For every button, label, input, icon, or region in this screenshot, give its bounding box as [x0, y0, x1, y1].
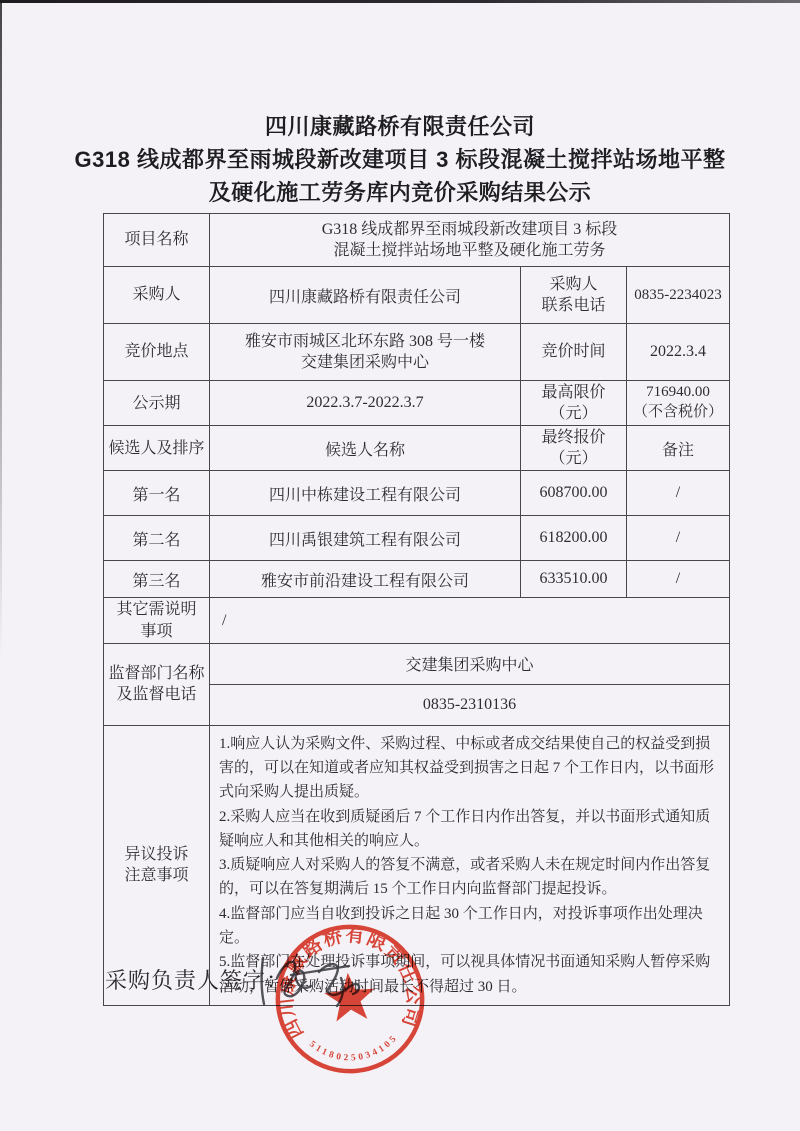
cell-value-other-notes: /	[210, 598, 730, 643]
cell-value-publicity-period: 2022.3.7-2022.3.7	[210, 381, 521, 426]
cell-value-bidding-time: 2022.3.4	[627, 324, 730, 381]
cell-value-supervision-department: 交建集团采购中心	[210, 643, 730, 684]
cell-label-purchaser-phone: 采购人 联系电话	[521, 267, 627, 324]
cell-label-max-price: 最高限价 （元）	[521, 381, 627, 426]
cell-price-3: 633510.00	[521, 561, 627, 598]
cell-value-bidding-place: 雅安市雨城区北环东路 308 号一楼 交建集团采购中心	[210, 324, 521, 381]
cell-header-final-price: 最终报价 （元）	[521, 426, 627, 471]
company-title: 四川康藏路桥有限责任公司	[0, 110, 800, 143]
cell-price-1: 608700.00	[521, 471, 627, 516]
cell-label-project-name: 项目名称	[104, 214, 210, 267]
cell-value-supervision-phone: 0835-2310136	[210, 684, 730, 725]
title-block: 四川康藏路桥有限责任公司 G318 线成都界至雨城段新改建项目 3 标段混凝土搅…	[0, 0, 800, 209]
cell-label-purchaser: 采购人	[104, 267, 210, 324]
scan-edge-left	[0, 3, 2, 659]
row-candidates-header: 候选人及排序 候选人名称 最终报价 （元） 备注	[104, 426, 730, 471]
cell-label-bidding-place: 竞价地点	[104, 324, 210, 381]
cell-label-publicity-period: 公示期	[104, 381, 210, 426]
cell-value-purchaser-phone: 0835-2234023	[627, 267, 730, 324]
candidate-row-3: 第三名 雅安市前沿建设工程有限公司 633510.00 /	[104, 561, 730, 598]
cell-value-purchaser: 四川康藏路桥有限责任公司	[210, 267, 521, 324]
row-project-name: 项目名称 G318 线成都界至雨城段新改建项目 3 标段 混凝土搅拌站场地平整及…	[104, 214, 730, 267]
cell-label-bidding-time: 竞价时间	[521, 324, 627, 381]
cell-value-project-name: G318 线成都界至雨城段新改建项目 3 标段 混凝土搅拌站场地平整及硬化施工劳…	[210, 214, 730, 267]
seal-star-icon	[323, 971, 377, 1023]
row-bidding-place: 竞价地点 雅安市雨城区北环东路 308 号一楼 交建集团采购中心 竞价时间 20…	[104, 324, 730, 381]
objection-item-2: 2.采购人应当在收到质疑函后 7 个工作日内作出答复，并以书面形式通知质疑响应人…	[219, 805, 723, 854]
cell-value-max-price: 716940.00 （不含税价）	[627, 381, 730, 426]
cell-label-other-notes: 其它需说明 事项	[104, 598, 210, 643]
cell-candidate-name-3: 雅安市前沿建设工程有限公司	[210, 561, 521, 598]
cell-price-2: 618200.00	[521, 516, 627, 561]
announcement-title-line1: G318 线成都界至雨城段新改建项目 3 标段混凝土搅拌站场地平整	[0, 143, 800, 176]
cell-remark-1: /	[627, 471, 730, 516]
cell-header-remark: 备注	[627, 426, 730, 471]
procurement-result-table: 项目名称 G318 线成都界至雨城段新改建项目 3 标段 混凝土搅拌站场地平整及…	[103, 213, 730, 1006]
candidate-row-2: 第二名 四川禹银建筑工程有限公司 618200.00 /	[104, 516, 730, 561]
row-other-notes: 其它需说明 事项 /	[104, 598, 730, 643]
announcement-title-line2: 及硬化施工劳务库内竞价采购结果公示	[0, 176, 800, 209]
candidate-row-1: 第一名 四川中栋建设工程有限公司 608700.00 /	[104, 471, 730, 516]
cell-rank-3: 第三名	[104, 561, 210, 598]
objection-item-3: 3.质疑响应人对采购人的答复不满意，或者采购人未在规定时间内作出答复的，可以在答…	[219, 853, 723, 902]
row-purchaser: 采购人 四川康藏路桥有限责任公司 采购人 联系电话 0835-2234023	[104, 267, 730, 324]
cell-remark-2: /	[627, 516, 730, 561]
row-publicity-period: 公示期 2022.3.7-2022.3.7 最高限价 （元） 716940.00…	[104, 381, 730, 426]
objection-item-1: 1.响应人认为采购文件、采购过程、中标或者成交结果使自己的权益受到损害的，可以在…	[219, 732, 723, 805]
company-seal-stamp: 四川康藏路桥有限责任公司 5118025034105	[265, 914, 434, 1083]
cell-candidate-name-1: 四川中栋建设工程有限公司	[210, 471, 521, 516]
cell-candidate-name-2: 四川禹银建筑工程有限公司	[210, 516, 521, 561]
cell-rank-2: 第二名	[104, 516, 210, 561]
scan-edge-top	[0, 0, 800, 3]
cell-label-supervision: 监督部门名称 及监督电话	[104, 643, 210, 725]
cell-remark-3: /	[627, 561, 730, 598]
cell-header-candidate-name: 候选人名称	[210, 426, 521, 471]
document-page: 四川康藏路桥有限责任公司 G318 线成都界至雨城段新改建项目 3 标段混凝土搅…	[0, 0, 800, 1131]
row-supervision-department: 监督部门名称 及监督电话 交建集团采购中心	[104, 643, 730, 684]
cell-rank-1: 第一名	[104, 471, 210, 516]
cell-header-rank: 候选人及排序	[104, 426, 210, 471]
